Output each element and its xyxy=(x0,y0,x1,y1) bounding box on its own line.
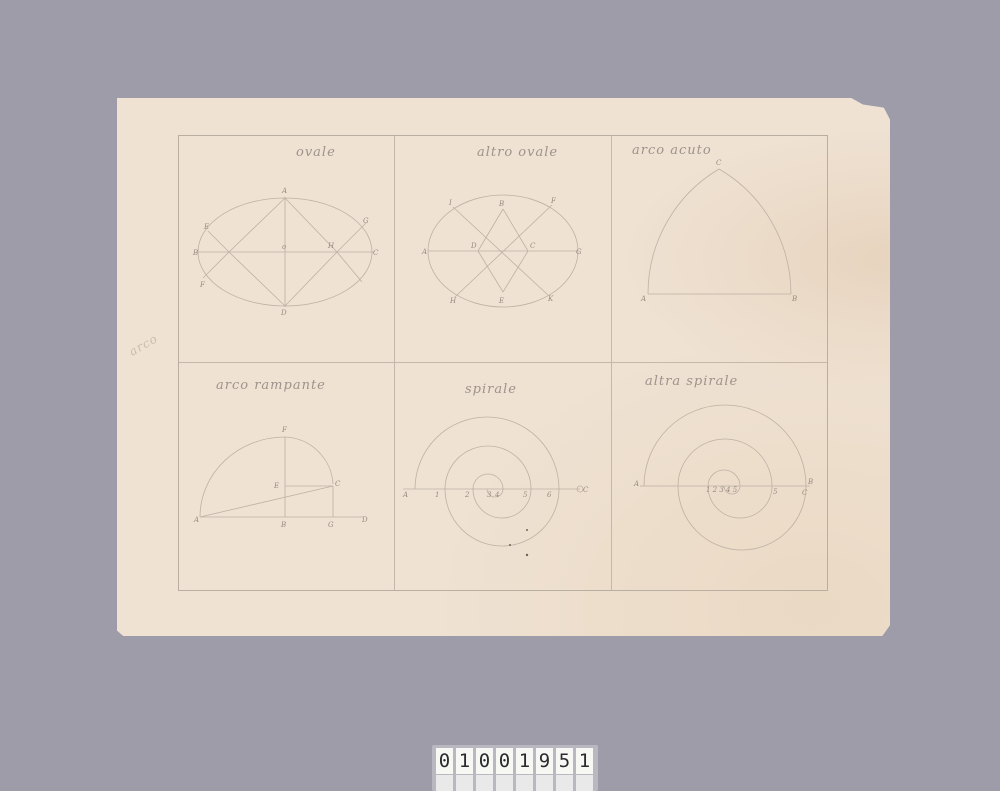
svg-text:A: A xyxy=(421,248,427,256)
catalog-digit: 0 xyxy=(496,748,513,774)
catalog-digit: 1 xyxy=(456,748,473,774)
label-tab xyxy=(476,775,493,791)
label-tab xyxy=(496,775,513,791)
panel-altra-spirale: altra spirale A 1 2 3 4 5 5 B C xyxy=(610,362,828,590)
svg-text:C: C xyxy=(583,486,589,494)
catalog-digit: 1 xyxy=(576,748,593,774)
svg-text:A: A xyxy=(633,480,639,488)
svg-text:G: G xyxy=(363,217,369,225)
svg-text:o: o xyxy=(282,243,286,251)
svg-text:D: D xyxy=(361,516,368,524)
svg-text:C: C xyxy=(335,480,341,488)
svg-text:C: C xyxy=(530,242,536,250)
svg-text:F: F xyxy=(281,426,288,434)
svg-text:D: D xyxy=(280,309,287,317)
svg-text:6: 6 xyxy=(547,491,552,499)
label-tab xyxy=(576,775,593,791)
label-tab xyxy=(456,775,473,791)
svg-text:E: E xyxy=(203,223,209,231)
panel-arco-acuto: arco acuto C A B xyxy=(610,135,828,361)
label-tab xyxy=(536,775,553,791)
svg-text:B: B xyxy=(498,200,504,208)
ovale-drawing: A B C D E F G H o xyxy=(178,135,393,361)
panel-ovale: ovale A B C D E F G H o xyxy=(178,135,393,361)
panel-arco-rampante: arco rampante F E C A B G D xyxy=(178,362,393,590)
svg-text:B: B xyxy=(807,478,813,486)
svg-text:F: F xyxy=(550,197,557,205)
label-tab xyxy=(436,775,453,791)
svg-text:A: A xyxy=(193,516,199,524)
arco-acuto-drawing: C A B xyxy=(610,135,828,361)
altra-spirale-drawing: A 1 2 3 4 5 5 B C xyxy=(610,362,828,590)
svg-text:C: C xyxy=(716,159,722,167)
label-tab xyxy=(516,775,533,791)
svg-text:H: H xyxy=(449,297,457,305)
catalog-number-label: 0 1 0 0 1 9 5 1 xyxy=(432,745,598,791)
spirale-drawing: A 1 2 3 4 5 6 C xyxy=(395,362,610,590)
panel-spirale: spirale A 1 2 3 4 5 6 C xyxy=(395,362,610,590)
svg-text:E: E xyxy=(498,297,504,305)
svg-text:D: D xyxy=(470,242,477,250)
svg-text:A: A xyxy=(640,295,646,303)
svg-text:G: G xyxy=(328,521,334,529)
svg-text:5: 5 xyxy=(523,491,528,499)
altro-ovale-drawing: I B F A D C G H E K xyxy=(395,135,610,361)
svg-text:B: B xyxy=(280,521,286,529)
svg-text:F: F xyxy=(199,281,206,289)
arco-rampante-drawing: F E C A B G D xyxy=(178,362,393,590)
svg-text:2: 2 xyxy=(464,491,470,499)
svg-text:C: C xyxy=(802,489,808,497)
svg-text:H: H xyxy=(327,242,335,250)
svg-text:A: A xyxy=(281,187,287,195)
catalog-digit: 5 xyxy=(556,748,573,774)
catalog-digit: 1 xyxy=(516,748,533,774)
svg-text:1 2 3 4 5: 1 2 3 4 5 xyxy=(706,486,738,494)
svg-text:K: K xyxy=(547,295,554,303)
panel-altro-ovale: altro ovale I B F A D C G H E K xyxy=(395,135,610,361)
catalog-digit: 0 xyxy=(476,748,493,774)
svg-text:E: E xyxy=(273,482,279,490)
catalog-digit: 0 xyxy=(436,748,453,774)
label-tab xyxy=(556,775,573,791)
svg-text:5: 5 xyxy=(773,488,778,496)
catalog-digit: 9 xyxy=(536,748,553,774)
svg-text:1: 1 xyxy=(435,491,439,499)
svg-text:4: 4 xyxy=(494,491,499,499)
svg-text:B: B xyxy=(192,249,198,257)
svg-text:A: A xyxy=(402,491,408,499)
svg-text:3: 3 xyxy=(487,491,492,499)
svg-text:C: C xyxy=(373,249,379,257)
svg-text:I: I xyxy=(448,199,452,207)
svg-text:G: G xyxy=(576,248,582,256)
svg-text:B: B xyxy=(791,295,797,303)
